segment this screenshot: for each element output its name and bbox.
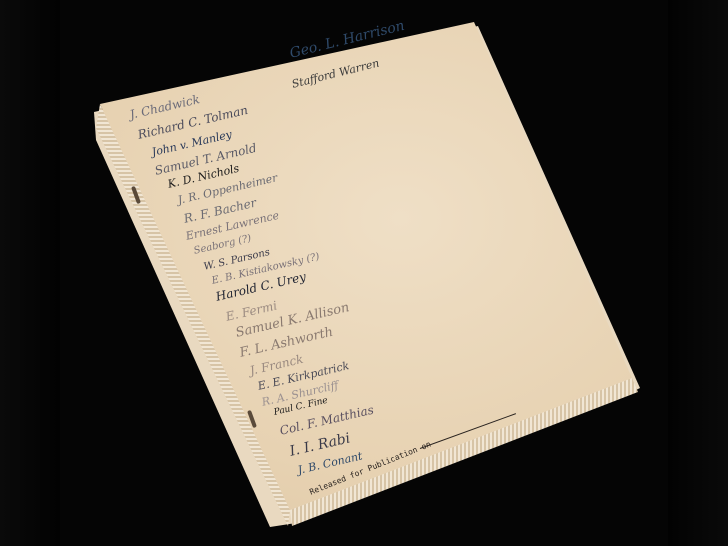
cover-page xyxy=(0,0,728,546)
document-booklet: Geo. L. Harrison Stafford Warren J. Chad… xyxy=(0,0,728,546)
